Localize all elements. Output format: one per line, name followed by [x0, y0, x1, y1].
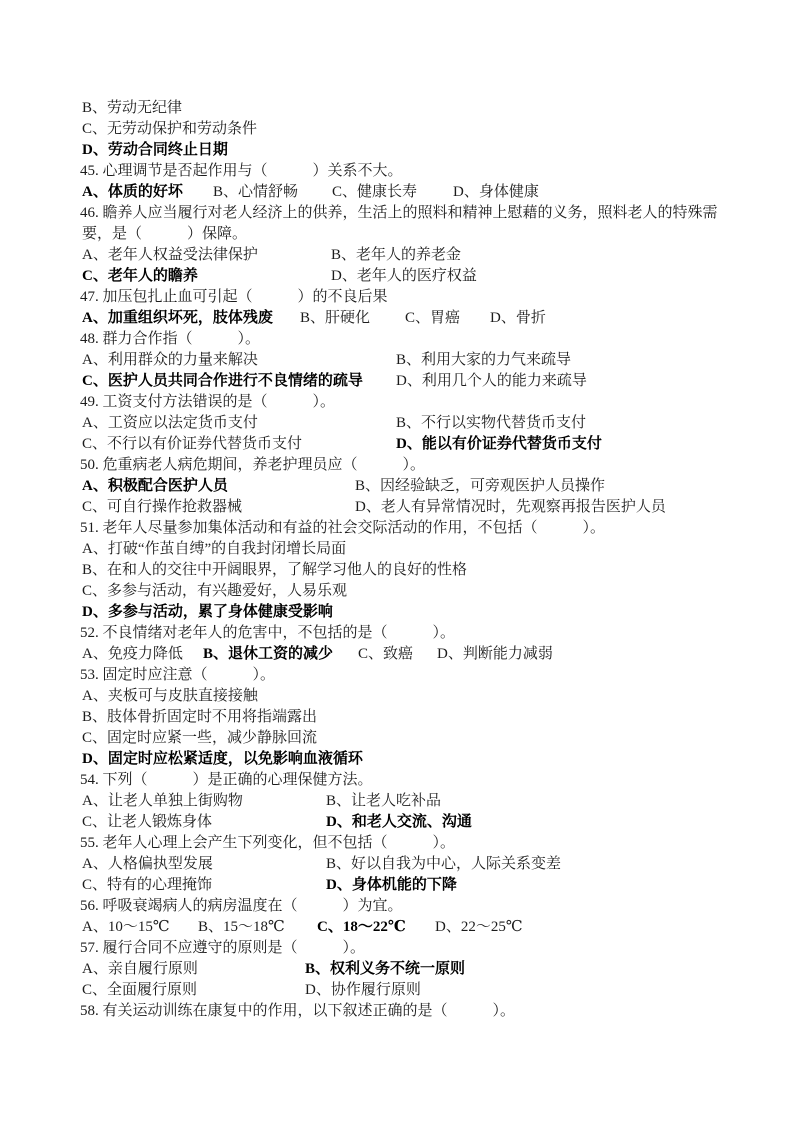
answer-option-highlighted: C、医护人员共同合作进行不良情绪的疏导	[82, 371, 363, 392]
text-line: C、让老人锻炼身体D、和老人交流、沟通	[0, 812, 794, 833]
text-segment: D、22～25℃	[435, 917, 523, 938]
text-line: C、全面履行原则D、协作履行原则	[0, 980, 794, 1001]
text-segment: D、身体健康	[453, 182, 539, 203]
text-line: D、劳动合同终止日期	[0, 140, 794, 161]
text-line: A、工资应以法定货币支付B、不行以实物代替货币支付	[0, 413, 794, 434]
text-line: 53. 固定时应注意（ ）。	[0, 665, 794, 686]
text-line: 52. 不良情绪对老年人的危害中，不包括的是（ ）。	[0, 623, 794, 644]
text-segment: 56. 呼吸衰竭病人的病房温度在（ ）为宜。	[80, 896, 403, 917]
text-segment: B、在和人的交往中开阔眼界，了解学习他人的良好的性格	[82, 560, 467, 581]
text-segment: 50. 危重病老人病危期间，养老护理员应（ ）。	[80, 455, 425, 476]
answer-option-highlighted: D、身体机能的下降	[326, 875, 457, 896]
text-line: 56. 呼吸衰竭病人的病房温度在（ ）为宜。	[0, 896, 794, 917]
text-line: 49. 工资支付方法错误的是（ ）。	[0, 392, 794, 413]
text-segment: B、劳动无纪律	[82, 98, 182, 119]
answer-option-highlighted: D、能以有价证券代替货币支付	[396, 434, 602, 455]
text-line: C、可自行操作抢救器械D、老人有异常情况时，先观察再报告医护人员	[0, 497, 794, 518]
text-segment: C、健康长寿	[332, 182, 417, 203]
text-line: C、多参与活动，有兴趣爱好，人易乐观	[0, 581, 794, 602]
text-segment: D、老人有异常情况时，先观察再报告医护人员	[355, 497, 666, 518]
text-segment: A、夹板可与皮肤直接接触	[82, 686, 258, 707]
text-segment: 要，是（ ）保障。	[82, 224, 247, 245]
text-line: A、免疫力降低B、退休工资的减少C、致癌D、判断能力减弱	[0, 644, 794, 665]
answer-option-highlighted: D、和老人交流、沟通	[326, 812, 472, 833]
text-segment: C、不行以有价证券代替货币支付	[82, 434, 302, 455]
text-segment: B、利用大家的力气来疏导	[396, 350, 571, 371]
text-line: A、10～15℃B、15～18℃C、18～22℃D、22～25℃	[0, 917, 794, 938]
text-segment: C、多参与活动，有兴趣爱好，人易乐观	[82, 581, 347, 602]
text-line: 51. 老年人尽量参加集体活动和有益的社会交际活动的作用，不包括（ ）。	[0, 518, 794, 539]
text-segment: B、让老人吃补品	[326, 791, 441, 812]
document-page: B、劳动无纪律C、无劳动保护和劳动条件D、劳动合同终止日期45. 心理调节是否起…	[0, 0, 794, 1123]
text-segment: B、15～18℃	[198, 917, 285, 938]
answer-option-highlighted: B、权利义务不统一原则	[305, 959, 465, 980]
text-line: 58. 有关运动训练在康复中的作用，以下叙述正确的是（ ）。	[0, 1001, 794, 1022]
text-segment: A、免疫力降低	[82, 644, 183, 665]
text-line: C、固定时应紧一些，减少静脉回流	[0, 728, 794, 749]
text-segment: B、肝硬化	[300, 308, 370, 329]
text-segment: 47. 加压包扎止血可引起（ ）的不良后果	[80, 287, 388, 308]
text-line: 48. 群力合作指（ ）。	[0, 329, 794, 350]
answer-option-highlighted: D、固定时应松紧适度，以免影响血液循环	[82, 749, 363, 770]
text-line: D、多参与活动，累了身体健康受影响	[0, 602, 794, 623]
text-segment: 58. 有关运动训练在康复中的作用，以下叙述正确的是（ ）。	[80, 1001, 515, 1022]
text-segment: C、让老人锻炼身体	[82, 812, 212, 833]
text-line: 46. 瞻养人应当履行对老人经济上的供养，生活上的照料和精神上慰藉的义务，照料老…	[0, 203, 794, 224]
answer-option-highlighted: C、18～22℃	[317, 917, 406, 938]
answer-option-highlighted: A、加重组织坏死，肢体残废	[82, 308, 273, 329]
text-segment: A、人格偏执型发展	[82, 854, 213, 875]
text-segment: 57. 履行合同不应遵守的原则是（ ）。	[80, 938, 365, 959]
text-segment: D、利用几个人的能力来疏导	[396, 371, 587, 392]
text-segment: A、利用群众的力量来解决	[82, 350, 258, 371]
text-segment: C、无劳动保护和劳动条件	[82, 119, 257, 140]
text-line: 57. 履行合同不应遵守的原则是（ ）。	[0, 938, 794, 959]
text-segment: B、肢体骨折固定时不用将指端露出	[82, 707, 317, 728]
text-segment: 53. 固定时应注意（ ）。	[80, 665, 275, 686]
text-segment: D、骨折	[490, 308, 546, 329]
text-line: A、人格偏执型发展B、好以自我为中心，人际关系变差	[0, 854, 794, 875]
text-line: B、肢体骨折固定时不用将指端露出	[0, 707, 794, 728]
text-line: B、劳动无纪律	[0, 98, 794, 119]
text-segment: C、可自行操作抢救器械	[82, 497, 242, 518]
text-line: C、无劳动保护和劳动条件	[0, 119, 794, 140]
text-segment: B、因经验缺乏，可旁观医护人员操作	[355, 476, 605, 497]
text-line: A、让老人单独上街购物B、让老人吃补品	[0, 791, 794, 812]
text-line: B、在和人的交往中开阔眼界，了解学习他人的良好的性格	[0, 560, 794, 581]
text-line: A、夹板可与皮肤直接接触	[0, 686, 794, 707]
answer-option-highlighted: D、多参与活动，累了身体健康受影响	[82, 602, 333, 623]
text-line: A、积极配合医护人员B、因经验缺乏，可旁观医护人员操作	[0, 476, 794, 497]
text-segment: C、特有的心理掩饰	[82, 875, 212, 896]
text-line: C、特有的心理掩饰D、身体机能的下降	[0, 875, 794, 896]
text-segment: A、打破“作茧自缚”的自我封闭增长局面	[82, 539, 346, 560]
text-segment: B、心情舒畅	[213, 182, 298, 203]
text-segment: C、固定时应紧一些，减少静脉回流	[82, 728, 317, 749]
text-line: A、打破“作茧自缚”的自我封闭增长局面	[0, 539, 794, 560]
text-segment: D、协作履行原则	[305, 980, 421, 1001]
answer-option-highlighted: A、体质的好坏	[82, 182, 183, 203]
answer-option-highlighted: B、退休工资的减少	[203, 644, 333, 665]
text-segment: 55. 老年人心理上会产生下列变化，但不包括（ ）。	[80, 833, 455, 854]
text-line: 50. 危重病老人病危期间，养老护理员应（ ）。	[0, 455, 794, 476]
text-segment: 54. 下列（ ）是正确的心理保健方法。	[80, 770, 373, 791]
text-segment: C、致癌	[358, 644, 413, 665]
answer-option-highlighted: C、老年人的瞻养	[82, 266, 198, 287]
text-segment: A、工资应以法定货币支付	[82, 413, 258, 434]
text-segment: 45. 心理调节是否起作用与（ ）关系不大。	[80, 161, 403, 182]
text-line: D、固定时应松紧适度，以免影响血液循环	[0, 749, 794, 770]
text-segment: B、好以自我为中心，人际关系变差	[326, 854, 561, 875]
text-line: A、加重组织坏死，肢体残废B、肝硬化C、胃癌D、骨折	[0, 308, 794, 329]
text-segment: A、10～15℃	[82, 917, 170, 938]
text-segment: 48. 群力合作指（ ）。	[80, 329, 260, 350]
text-segment: 52. 不良情绪对老年人的危害中，不包括的是（ ）。	[80, 623, 455, 644]
text-line: C、老年人的瞻养D、老年人的医疗权益	[0, 266, 794, 287]
text-segment: A、老年人权益受法律保护	[82, 245, 258, 266]
text-line: 55. 老年人心理上会产生下列变化，但不包括（ ）。	[0, 833, 794, 854]
text-segment: A、亲自履行原则	[82, 959, 198, 980]
text-line: A、老年人权益受法律保护B、老年人的养老金	[0, 245, 794, 266]
text-segment: C、全面履行原则	[82, 980, 197, 1001]
text-segment: A、让老人单独上街购物	[82, 791, 243, 812]
text-line: A、亲自履行原则B、权利义务不统一原则	[0, 959, 794, 980]
answer-option-highlighted: D、劳动合同终止日期	[82, 140, 228, 161]
text-segment: B、不行以实物代替货币支付	[396, 413, 586, 434]
answer-option-highlighted: A、积极配合医护人员	[82, 476, 228, 497]
text-line: C、不行以有价证券代替货币支付D、能以有价证券代替货币支付	[0, 434, 794, 455]
text-line: 45. 心理调节是否起作用与（ ）关系不大。	[0, 161, 794, 182]
text-line: 要，是（ ）保障。	[0, 224, 794, 245]
text-segment: C、胃癌	[405, 308, 460, 329]
text-line: 54. 下列（ ）是正确的心理保健方法。	[0, 770, 794, 791]
text-line: A、体质的好坏B、心情舒畅C、健康长寿D、身体健康	[0, 182, 794, 203]
text-segment: B、老年人的养老金	[331, 245, 461, 266]
text-segment: 51. 老年人尽量参加集体活动和有益的社会交际活动的作用，不包括（ ）。	[80, 518, 605, 539]
text-line: 47. 加压包扎止血可引起（ ）的不良后果	[0, 287, 794, 308]
text-segment: D、判断能力减弱	[437, 644, 553, 665]
text-segment: 49. 工资支付方法错误的是（ ）。	[80, 392, 335, 413]
text-line: A、利用群众的力量来解决B、利用大家的力气来疏导	[0, 350, 794, 371]
text-segment: 46. 瞻养人应当履行对老人经济上的供养，生活上的照料和精神上慰藉的义务，照料老…	[80, 203, 718, 224]
text-line: C、医护人员共同合作进行不良情绪的疏导D、利用几个人的能力来疏导	[0, 371, 794, 392]
text-segment: D、老年人的医疗权益	[331, 266, 477, 287]
